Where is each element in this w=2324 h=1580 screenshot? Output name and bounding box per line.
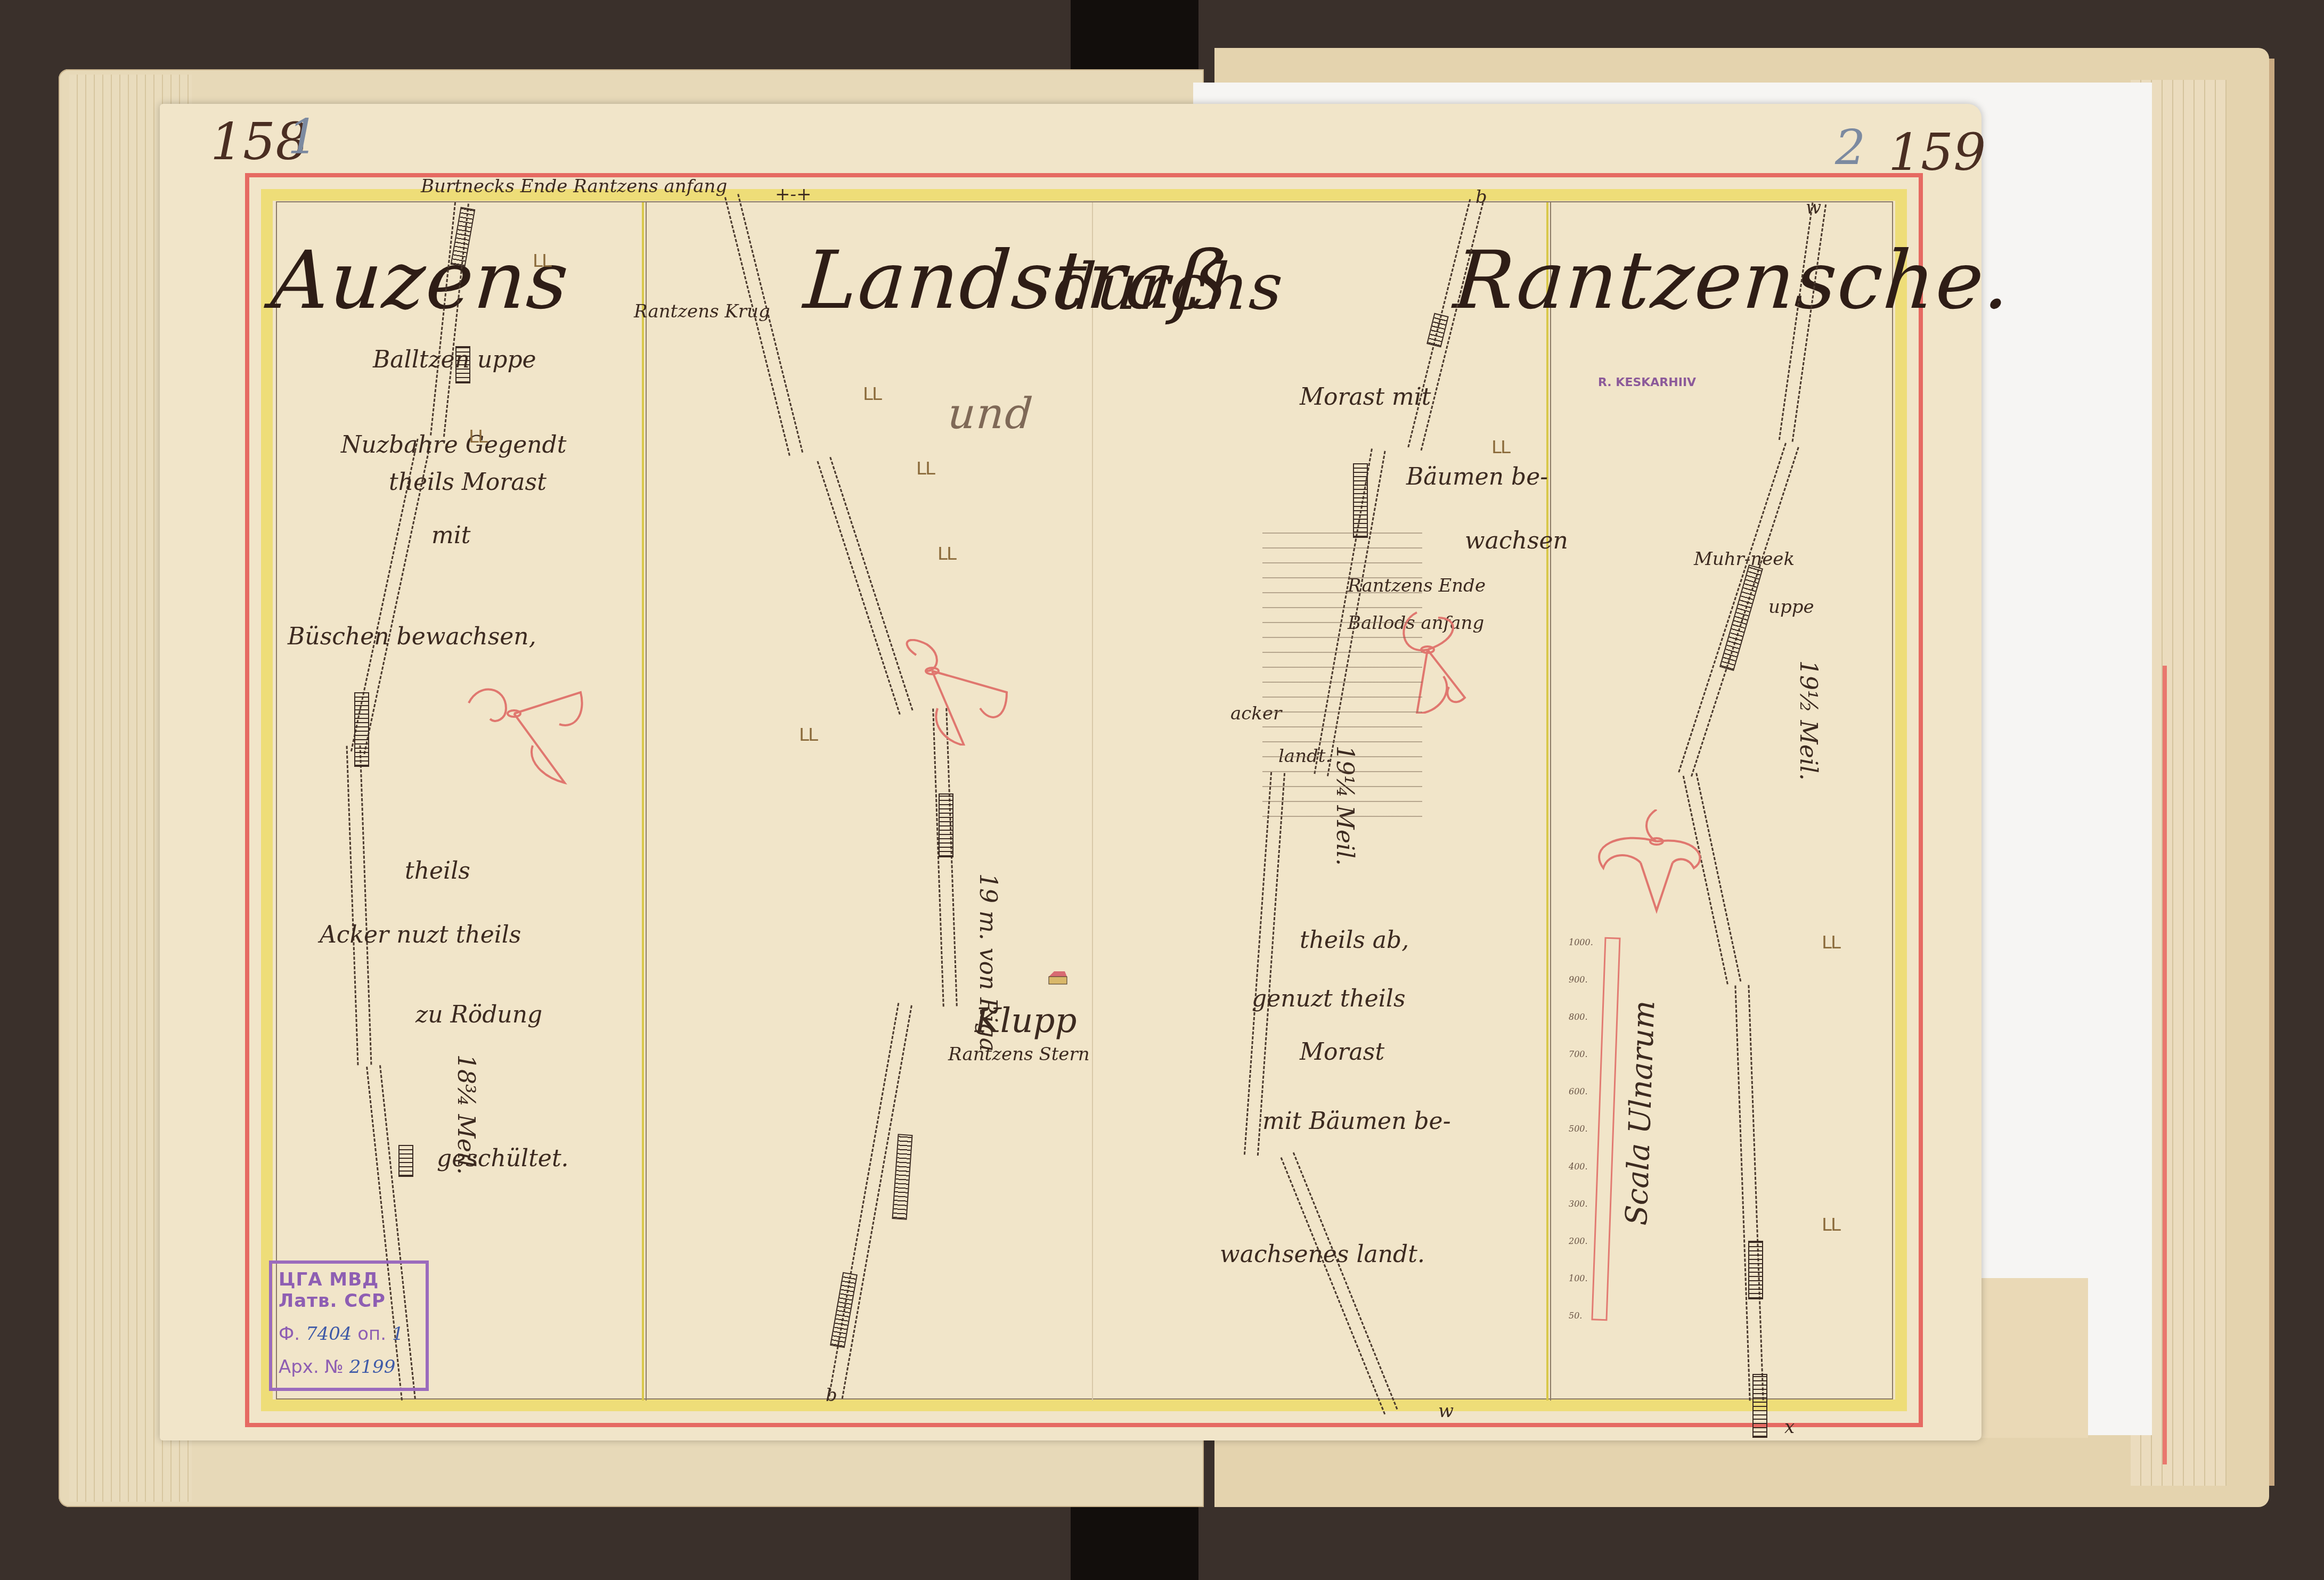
right-page-pencil-number: 2 [1835, 120, 1865, 176]
map-label: Rantzens Stern [948, 1044, 1090, 1065]
marsh-symbol: ᒪᒪ [1491, 437, 1510, 458]
map-label: Balltzen uppe [373, 346, 536, 373]
strip-divider-1 [642, 202, 644, 1401]
marsh-symbol: ᒪᒪ [916, 458, 934, 479]
map-label: Bäumen be- [1406, 463, 1548, 490]
marsh-symbol: ᒪᒪ [469, 426, 487, 447]
strip-3-bottom-marker: w [1438, 1401, 1454, 1422]
marsh-hatching [1262, 533, 1422, 831]
bridge-icon [939, 793, 953, 857]
title-word-4: Rantzensche. [1451, 234, 2014, 327]
bridge-icon [1353, 463, 1368, 538]
scale-tick: 500. [1569, 1124, 1590, 1134]
scale-tick: 300. [1569, 1199, 1590, 1209]
strip-4-bottom-marker: x [1784, 1417, 1795, 1438]
map-label: Morast [1300, 1038, 1384, 1066]
archive-stamp: ЦГА МВД Латв. ССР Ф. 7404 оп. 1 Арх. № 2… [269, 1260, 429, 1391]
map-label-krug: Rantzens Krug [634, 301, 770, 322]
strip-divider-3-ink [1550, 202, 1551, 1401]
bridge-icon [1752, 1374, 1767, 1438]
scale-tick: 600. [1569, 1086, 1590, 1096]
title-word-1: Auzens [268, 234, 572, 327]
page-gutter-fold [1092, 202, 1093, 1401]
map-label: Muhr-neek [1694, 549, 1795, 570]
left-page-pencil-number: 1 [288, 109, 318, 165]
map-label: Acker nuzt theils [320, 921, 521, 948]
title-word-3: durchs [1052, 250, 1286, 324]
marsh-symbol: ᒪᒪ [863, 383, 881, 405]
marsh-symbol: ᒪᒪ [1822, 1214, 1840, 1235]
map-label: wachsenes landt. [1220, 1241, 1425, 1268]
stamp-opis-value: 1 [392, 1323, 404, 1345]
scale-tick: 200. [1569, 1236, 1590, 1246]
strip-2-top-marker: +-+ [775, 184, 811, 205]
stamp-arch-value: 2199 [349, 1356, 396, 1378]
map-label: wachsen [1465, 527, 1568, 554]
map-label: theils ab, [1300, 927, 1409, 954]
right-page-number: 159 [1888, 122, 1986, 182]
stamp-line-3: Арх. № 2199 [279, 1356, 419, 1378]
bridge-icon [354, 692, 369, 767]
map-label: Nuzbahre Gegendt [341, 431, 566, 459]
compass-rose-icon [900, 639, 1023, 746]
scale-tick: 800. [1569, 1012, 1590, 1022]
stamp-line-1: ЦГА МВД Латв. ССР [279, 1269, 419, 1312]
bridge-icon [1748, 1241, 1763, 1299]
distance-label: 18¾ Meil. [452, 1054, 479, 1175]
bridge-icon [398, 1145, 413, 1177]
title-under-word: und [947, 389, 1035, 438]
strip-2-bottom-marker: b [826, 1385, 837, 1406]
scale-tick: 900. [1569, 975, 1590, 985]
scale-tick: 1000. [1569, 937, 1590, 947]
house-icon [1047, 969, 1068, 985]
strip-3-top-marker: b [1475, 186, 1487, 208]
compass-rose-icon [463, 682, 586, 788]
marsh-symbol: ᒪᒪ [1822, 932, 1840, 953]
map-label: mit [431, 522, 470, 549]
map-label: Büschen bewachsen, [288, 623, 536, 650]
strip-divider-3 [1546, 202, 1548, 1401]
marsh-symbol: ᒪᒪ [937, 543, 956, 564]
scale-tick: 100. [1569, 1273, 1590, 1283]
scale-tick: 400. [1569, 1161, 1590, 1172]
map-label: Morast mit [1300, 383, 1431, 411]
distance-label: 19 m. von Riga [974, 873, 1001, 1052]
map-label: theils [405, 857, 470, 885]
map-label: zu Rödung [415, 1001, 542, 1028]
scale-tick: 700. [1569, 1049, 1590, 1059]
marsh-symbol: ᒪᒪ [533, 250, 551, 272]
stamp-fond-value: 7404 [306, 1323, 352, 1345]
compass-rose-icon [1587, 809, 1710, 916]
strip-1-top-marker: Burtnecks Ende Rantzens anfang [421, 176, 727, 197]
stamp-line-2: Ф. 7404 оп. 1 [279, 1323, 419, 1345]
marsh-symbol: ᒪᒪ [799, 724, 817, 746]
archive-mark: R. KESKARHIIV [1598, 376, 1696, 389]
strip-4-top-marker: w [1806, 197, 1821, 218]
stamp-opis-label: оп. [357, 1323, 386, 1345]
map-label: genuzt theils [1252, 985, 1406, 1012]
map-label: mit Bäumen be- [1262, 1108, 1451, 1135]
scale-tick: 50. [1569, 1311, 1590, 1321]
scale-ticks: 50. 100. 200. 300. 400. 500. 600. 700. 8… [1569, 937, 1590, 1321]
stamp-fond-label: Ф. [279, 1323, 300, 1345]
stamp-arch-label: Арх. № [279, 1356, 344, 1378]
map-label: theils Morast [389, 469, 547, 496]
distance-label: 19½ Meil. [1795, 660, 1822, 781]
red-page-edge [2163, 666, 2167, 1464]
strip-divider-1-ink [646, 202, 647, 1401]
map-label: uppe [1768, 596, 1814, 618]
